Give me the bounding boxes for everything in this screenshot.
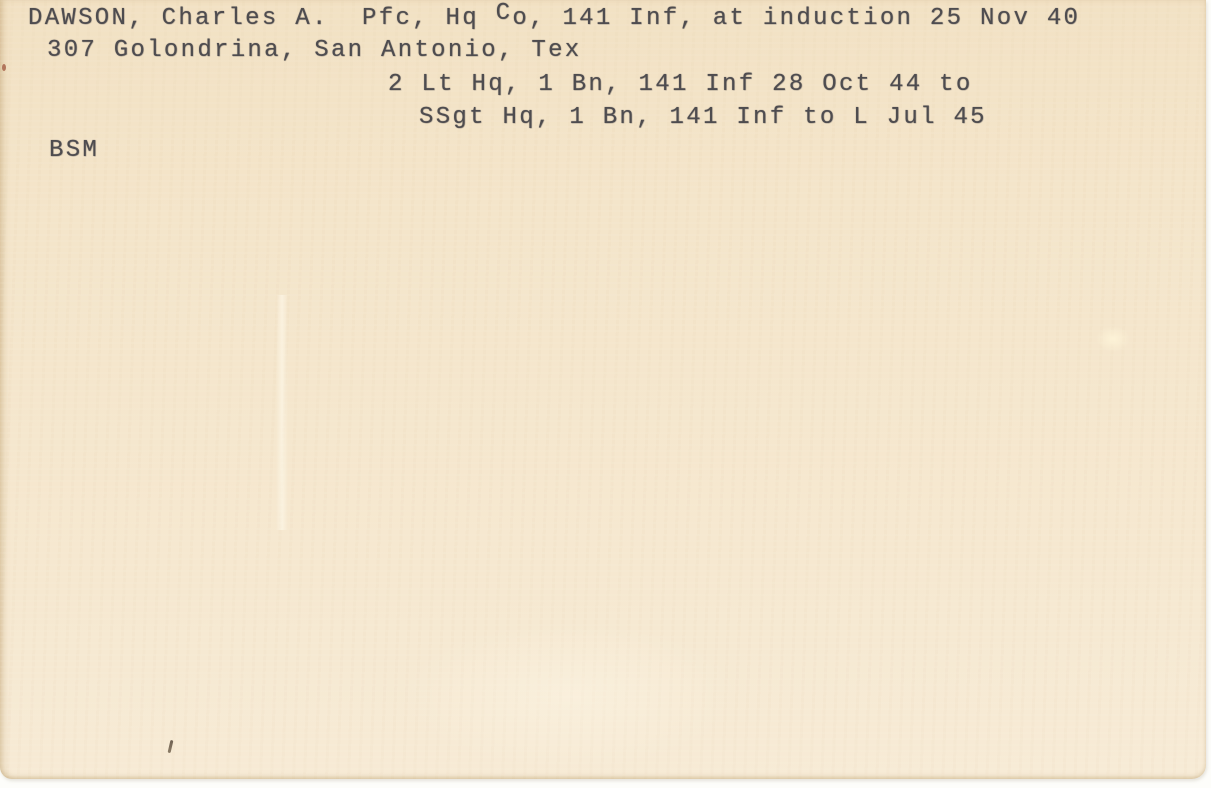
line1-raised-char: C (496, 0, 513, 27)
typed-line-award: BSM (49, 137, 99, 165)
typed-line-promotion-2: SSgt Hq, 1 Bn, 141 Inf to L Jul 45 (419, 104, 987, 132)
typed-line-name-induction: DAWSON, Charles A. Pfc, Hq Co, 141 Inf, … (28, 5, 1080, 33)
scan-background: DAWSON, Charles A. Pfc, Hq Co, 141 Inf, … (0, 0, 1211, 788)
paper-light-patch (400, 620, 740, 770)
typed-line-address: 307 Golondrina, San Antonio, Tex (47, 37, 581, 65)
red-speck-mark (2, 64, 6, 71)
typed-line-promotion-1: 2 Lt Hq, 1 Bn, 141 Inf 28 Oct 44 to (388, 71, 973, 99)
line1-text-pre: DAWSON, Charles A. Pfc, Hq (28, 5, 496, 32)
index-card: DAWSON, Charles A. Pfc, Hq Co, 141 Inf, … (0, 0, 1206, 779)
paper-stain (1096, 326, 1130, 352)
line1-text-post: o, 141 Inf, at induction 25 Nov 40 (512, 5, 1080, 32)
pen-tick-mark (168, 740, 173, 753)
paper-crease (276, 295, 288, 530)
